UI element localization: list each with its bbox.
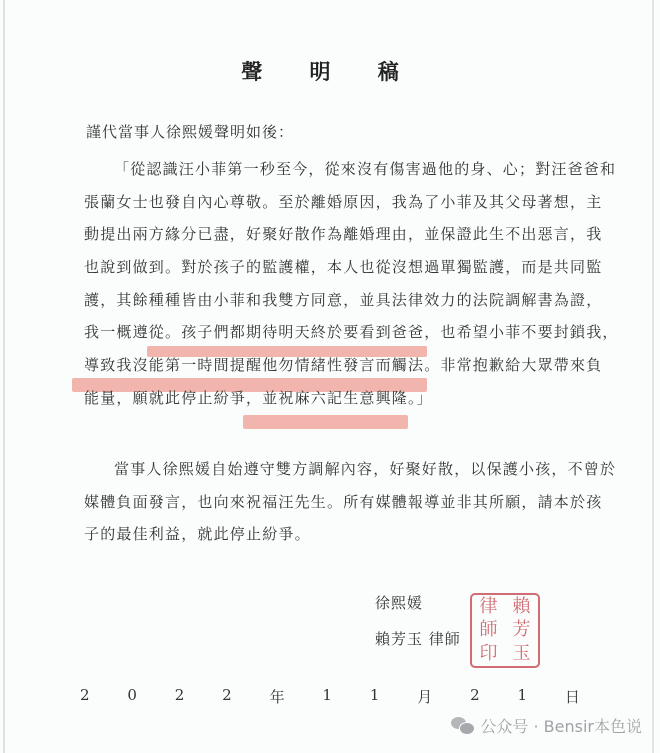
paragraph-line: 媒體負面發言，也向來祝福汪先生。所有媒體報導並非其所願，請本於孩 (84, 486, 584, 519)
paragraph-line: 能量，願就此停止紛爭，並祝麻六記生意興隆。」 (84, 382, 584, 415)
watermark-text: 公众号 · Bensir本色说 (480, 714, 642, 737)
paragraph-line: 我一概遵從。孩子們都期待明天終於要看到爸爸，也希望小菲不要封鎖我， (84, 316, 584, 349)
date-part: 日 (565, 686, 580, 707)
seal-char: 玉 (505, 642, 538, 666)
statement-paragraph: 「從認識汪小菲第一秒至今，從來沒有傷害過他的身、心；對汪爸爸和 張蘭女士也發自內… (84, 153, 584, 415)
watermark: 公众号 · Bensir本色说 (451, 714, 642, 737)
lawyer-seal-stamp: 律 賴 師 芳 印 玉 (470, 593, 540, 668)
paragraph-line: 也說到做到。對於孩子的監護權，本人也從沒想過單獨監護，而是共同監 (84, 251, 584, 284)
document-title: 聲 明 稿 (0, 56, 660, 86)
date-part: 2 (470, 686, 480, 707)
paragraph-line: 動提出兩方緣分已盡，好聚好散作為離婚理由，並保證此生不出惡言，我 (84, 218, 584, 251)
date-part: 月 (417, 686, 432, 707)
date-part: 2 (80, 686, 90, 707)
paragraph-line: 張蘭女士也發自內心尊敬。至於離婚原因，我為了小菲及其父母著想，主 (84, 186, 584, 219)
paragraph-line: 子的最佳利益，就此停止紛爭。 (84, 518, 584, 551)
date-part: 2 (175, 686, 185, 707)
seal-char: 律 (472, 595, 505, 619)
date-part: 2 (222, 686, 232, 707)
seal-char: 芳 (505, 619, 538, 643)
document-page: 聲 明 稿 謹代當事人徐熙媛聲明如後： 「從認識汪小菲第一秒至今，從來沒有傷害過… (0, 0, 660, 753)
seal-char: 師 (472, 619, 505, 643)
date-part: 1 (322, 686, 332, 707)
wechat-icon (451, 717, 475, 735)
paragraph-line: 「從認識汪小菲第一秒至今，從來沒有傷害過他的身、心；對汪爸爸和 (84, 153, 584, 186)
seal-char: 印 (472, 642, 505, 666)
closing-paragraph: 當事人徐熙媛自始遵守雙方調解內容，好聚好散，以保護小孩，不曾於 媒體負面發言，也… (84, 453, 584, 551)
paragraph-line: 護，其餘種種皆由小菲和我雙方同意，並具法律效力的法院調解書為證， (84, 284, 584, 317)
lawyer-name: 賴芳玉 律師 (375, 624, 461, 660)
page-edge-right (652, 0, 654, 753)
signature-block: 徐熙媛 賴芳玉 律師 (375, 588, 461, 660)
paragraph-line: 當事人徐熙媛自始遵守雙方調解內容，好聚好散，以保護小孩，不曾於 (84, 453, 584, 486)
seal-char: 賴 (505, 595, 538, 619)
date-part: 年 (270, 686, 285, 707)
date-part: 0 (127, 686, 137, 707)
date-part: 1 (517, 686, 527, 707)
document-date: 2 0 2 2 年 1 1 月 2 1 日 (80, 686, 580, 707)
salutation: 謹代當事人徐熙媛聲明如後： (86, 121, 294, 142)
page-edge-left (3, 0, 5, 753)
paragraph-line: 導致我沒能第一時間提醒他勿情緒性發言而觸法。非常抱歉給大眾帶來負 (84, 349, 584, 382)
client-name: 徐熙媛 (375, 588, 461, 624)
date-part: 1 (370, 686, 380, 707)
highlight-3 (243, 415, 408, 429)
